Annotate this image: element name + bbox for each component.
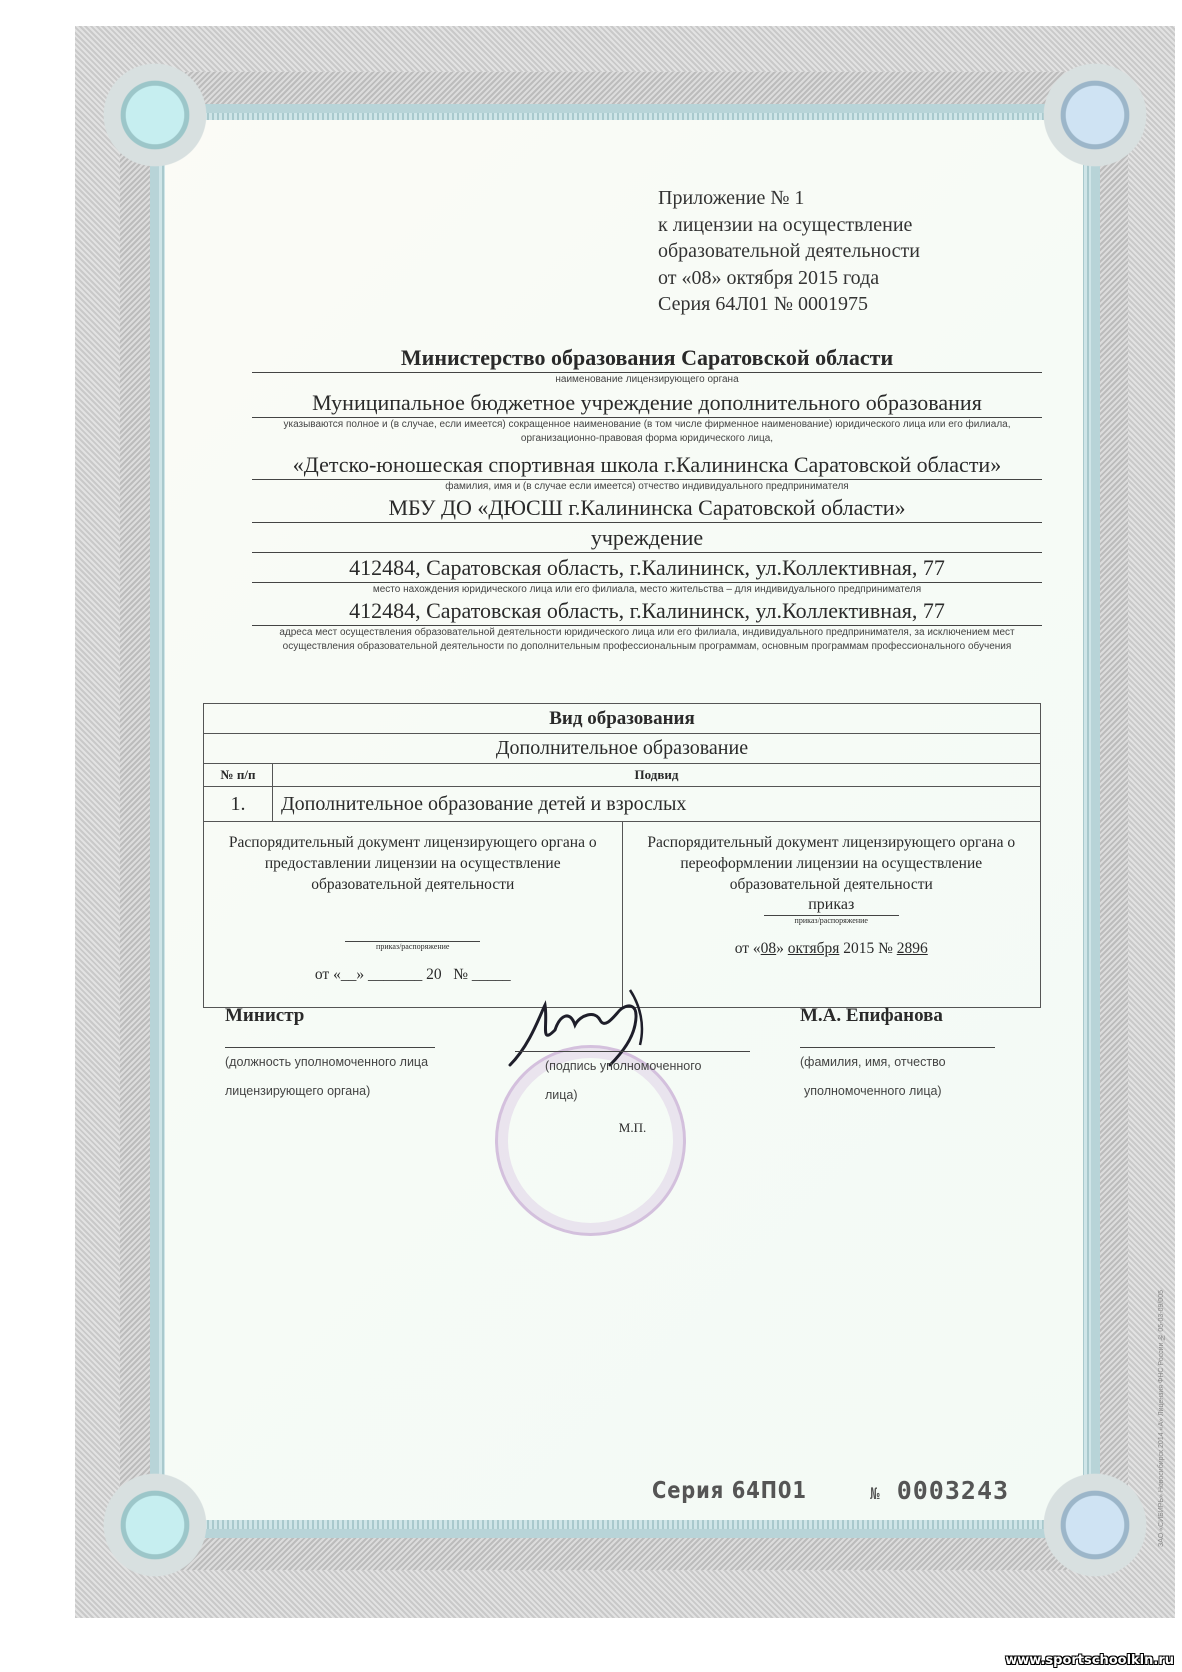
form-series: Серия 64П01 <box>652 1478 807 1504</box>
order-month: октября <box>788 940 840 957</box>
activity-address-field: 412484, Саратовская область, г.Калининск… <box>252 597 1042 654</box>
date-prefix: от « <box>735 940 761 957</box>
education-kind: Дополнительное образование <box>204 734 1041 764</box>
annex-line: образовательной деятельности <box>658 238 920 265</box>
position-value: Министр <box>225 1005 435 1027</box>
signature-block: Министр (должность уполномоченного лица … <box>225 1005 1025 1165</box>
seal-label: М.П. <box>515 1120 750 1136</box>
org-name-field-2: «Детско-юношеская спортивная школа г.Кал… <box>252 451 1042 494</box>
official-signature: (подпись уполномоченного лица) М.П. <box>515 1005 750 1136</box>
education-type-table: Вид образования Дополнительное образован… <box>203 703 1041 1008</box>
order-number: 2896 <box>897 940 928 957</box>
form-number: № 0003243 <box>870 1476 1009 1505</box>
location-field: 412484, Саратовская область, г.Калининск… <box>252 554 1042 597</box>
name-caption-line: (фамилия, имя, отчество <box>800 1048 995 1077</box>
table-header: Вид образования <box>204 704 1041 734</box>
org-short-field: МБУ ДО «ДЮСШ г.Калининска Саратовской об… <box>252 494 1042 523</box>
org-name-value-2: «Детско-юношеская спортивная школа г.Кал… <box>252 451 1042 480</box>
grant-document-title: Распорядительный документ лицензирующего… <box>204 832 622 895</box>
annex-line: к лицензии на осуществление <box>658 212 920 239</box>
org-name-value-1: Муниципальное бюджетное учреждение допол… <box>252 389 1042 418</box>
reissue-document-title: Распорядительный документ лицензирующего… <box>623 832 1041 895</box>
official-position: Министр (должность уполномоченного лица … <box>225 1005 435 1106</box>
table-row: 1. Дополнительное образование детей и вз… <box>204 787 1041 822</box>
org-name-caption-1: указываются полное и (в случае, если име… <box>252 418 1042 446</box>
official-name: М.А. Епифанова (фамилия, имя, отчество у… <box>800 1005 995 1106</box>
corner-ornament-icon <box>95 55 215 175</box>
location-value: 412484, Саратовская область, г.Калининск… <box>252 554 1042 583</box>
annex-line: Приложение № 1 <box>658 185 920 212</box>
org-name-caption-2: фамилия, имя и (в случае если имеется) о… <box>252 480 1042 494</box>
signature-caption-line: (подпись уполномоченного <box>545 1052 750 1081</box>
position-caption-line: лицензирующего органа) <box>225 1077 435 1106</box>
org-type-value: учреждение <box>252 524 1042 553</box>
org-short-value: МБУ ДО «ДЮСШ г.Калининска Саратовской об… <box>252 494 1042 523</box>
row-number: 1. <box>204 787 273 822</box>
order-day: 08 <box>761 940 777 957</box>
name-value: М.А. Епифанова <box>800 1005 995 1027</box>
licensing-body-value: Министерство образования Саратовской обл… <box>252 344 1042 373</box>
column-header-number: № п/п <box>204 764 273 787</box>
position-caption: (должность уполномоченного лица лицензир… <box>225 1048 435 1106</box>
row-subtype: Дополнительное образование детей и взрос… <box>273 787 1041 822</box>
corner-ornament-icon <box>1035 55 1155 175</box>
corner-ornament-icon <box>95 1465 215 1585</box>
activity-address-caption: адреса мест осуществления образовательно… <box>252 626 1042 654</box>
reissue-document-cell: Распорядительный документ лицензирующего… <box>622 822 1040 1007</box>
licensing-body-field: Министерство образования Саратовской обл… <box>252 344 1042 387</box>
website-watermark: www.sportschoolkln.ru <box>1005 1653 1174 1668</box>
date-separator: » <box>776 940 784 957</box>
name-caption-line: уполномоченного лица) <box>800 1077 995 1106</box>
org-name-field-1: Муниципальное бюджетное учреждение допол… <box>252 389 1042 446</box>
number-sign: № <box>870 1484 881 1503</box>
signature-caption: (подпись уполномоченного лица) <box>515 1052 750 1110</box>
grant-order-date: от «__» _______ 20 № _____ <box>204 964 622 985</box>
form-number-value: 0003243 <box>897 1476 1009 1505</box>
reissue-order-type: приказ <box>764 895 899 916</box>
grant-order-caption: приказ/распоряжение <box>204 942 622 952</box>
name-caption: (фамилия, имя, отчество уполномоченного … <box>800 1048 995 1106</box>
licensing-body-caption: наименование лицензирующего органа <box>252 373 1042 387</box>
position-caption-line: (должность уполномоченного лица <box>225 1048 435 1077</box>
location-caption: место нахождения юридического лица или е… <box>252 583 1042 597</box>
printer-imprint: ЗАО «СИБИРЬ» Новосибирск 2014 «А» Лиценз… <box>1158 1290 1165 1547</box>
reissue-order-date: от «08» октября 2015 № 2896 <box>623 938 1041 959</box>
order-year-no: 2015 № <box>843 940 893 957</box>
annex-line: от «08» октября 2015 года <box>658 265 920 292</box>
grant-document-cell: Распорядительный документ лицензирующего… <box>204 822 622 1007</box>
grant-order-type <box>345 921 480 942</box>
column-header-subtype: Подвид <box>273 764 1041 787</box>
signature-caption-line: лица) <box>545 1081 750 1110</box>
org-type-field: учреждение <box>252 524 1042 553</box>
annex-line: Серия 64Л01 № 0001975 <box>658 291 920 318</box>
reissue-order-caption: приказ/распоряжение <box>623 916 1041 926</box>
annex-header: Приложение № 1 к лицензии на осуществлен… <box>658 185 920 318</box>
corner-ornament-icon <box>1035 1465 1155 1585</box>
activity-address-value: 412484, Саратовская область, г.Калининск… <box>252 597 1042 626</box>
